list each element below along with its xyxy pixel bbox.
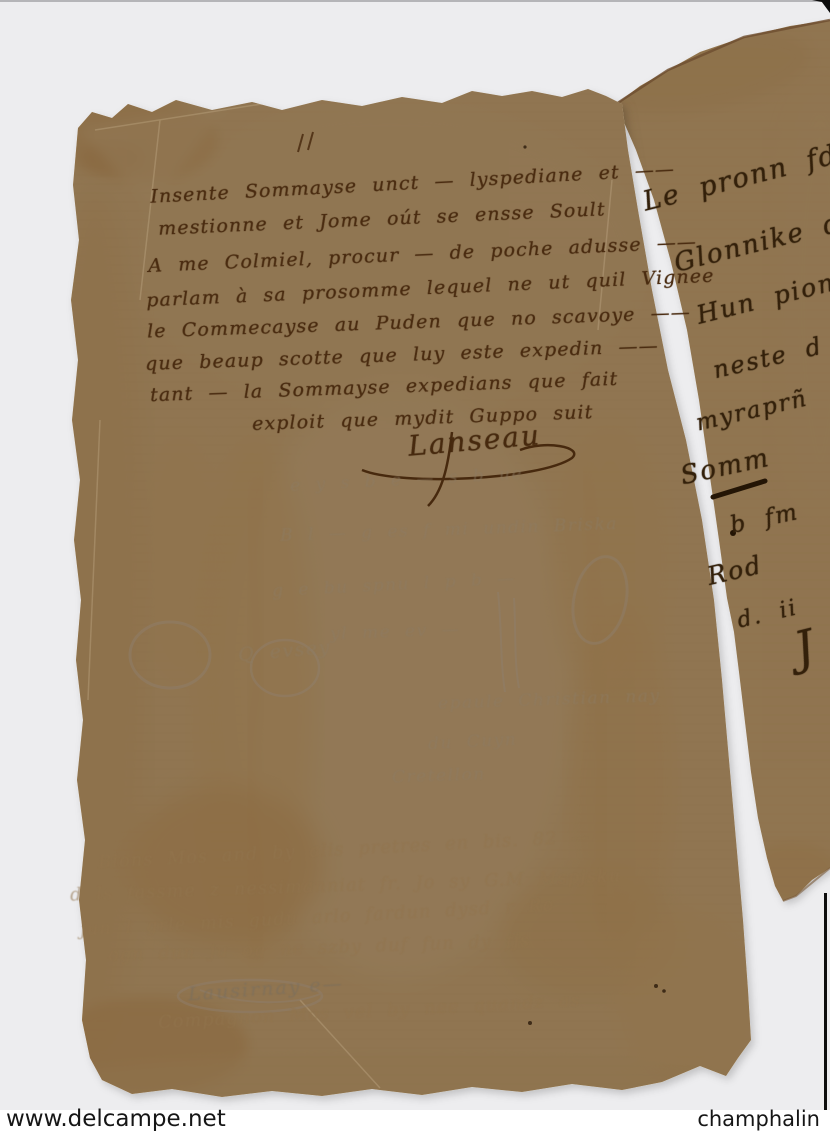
watermark-champhalin: champhalin: [697, 1109, 820, 1130]
scan-right-edge-line: [824, 893, 827, 1112]
paper-sheets-graphic: [0, 0, 830, 1132]
watermark-delcampe: www.delcampe.net: [6, 1108, 226, 1131]
main-manuscript-sheet: [45, 80, 765, 1110]
watermark-bar: www.delcampe.net champhalin: [0, 1110, 830, 1132]
scanned-manuscript-image: Insente Sommayse unct — lyspediane et ——…: [0, 0, 830, 1132]
